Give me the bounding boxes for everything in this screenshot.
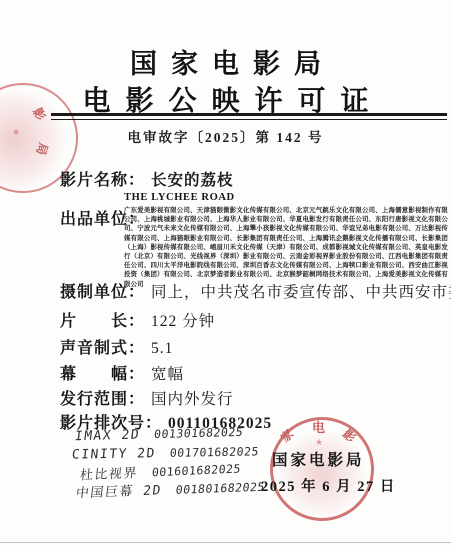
screen-format-value: 宽幅: [151, 366, 184, 383]
distribution-scope-label: 发行范围：: [60, 391, 145, 408]
film-title-value: 长安的荔枝: [151, 172, 234, 189]
runtime-row: 片 长：122 分钟: [60, 308, 215, 331]
issuer-name: 国家电影局: [272, 448, 365, 470]
film-title-label: 影片名称：: [60, 172, 145, 189]
runtime-value: 122 分钟: [151, 313, 215, 330]
issue-date: 2025 年 6 月 27 日: [261, 475, 396, 496]
handwritten-format: 中国巨幕 2D: [75, 483, 163, 501]
runtime-label: 片 长：: [60, 313, 145, 330]
film-title-row: 影片名称：长安的荔枝: [60, 167, 234, 190]
issuing-authority-title: 国家电影局: [0, 42, 451, 81]
handwritten-number: 001301682025: [153, 425, 244, 441]
distribution-scope-value: 国内外发行: [151, 391, 234, 408]
film-permit-document: 影 局 ★ 国家电影局 电影公映许可证 电审故字〔2025〕第 142 号 影片…: [0, 0, 451, 549]
sound-format-value: 5.1: [151, 340, 173, 357]
distribution-scope-row: 发行范围：国内外发行: [60, 386, 234, 409]
sound-format-row: 声音制式：5.1: [60, 335, 173, 358]
handwritten-number: 001801682025: [175, 480, 266, 497]
production-unit-label: 摄制单位：: [60, 284, 145, 301]
screen-format-label: 幕 幅：: [60, 366, 145, 383]
producers-list: 广东爱美影视有限公司、天津猫眼微影文化传媒有限公司、北京元气跳乐文化有限公司、上…: [124, 206, 448, 289]
handwritten-number: 001701682025: [169, 444, 259, 460]
english-title: THE LYCHEE ROAD: [124, 192, 235, 203]
right-seal-char-dian: 电: [312, 421, 325, 434]
production-unit-row: 摄制单位：同上，中共茂名市委宣传部、中共西安市委宣传部: [60, 279, 451, 302]
screen-format-row: 幕 幅：宽幅: [60, 361, 184, 384]
bottom-edge-line: [0, 542, 451, 543]
title-divider: [51, 113, 447, 120]
production-unit-value: 同上，中共茂名市委宣传部、中共西安市委宣传部: [151, 284, 451, 301]
handwritten-format: CINITY 2D: [71, 446, 156, 462]
sound-format-label: 声音制式：: [60, 340, 145, 357]
permit-serial-number: 电审故字〔2025〕第 142 号: [0, 126, 451, 146]
right-seal-emblem-icon: ★: [315, 438, 323, 447]
